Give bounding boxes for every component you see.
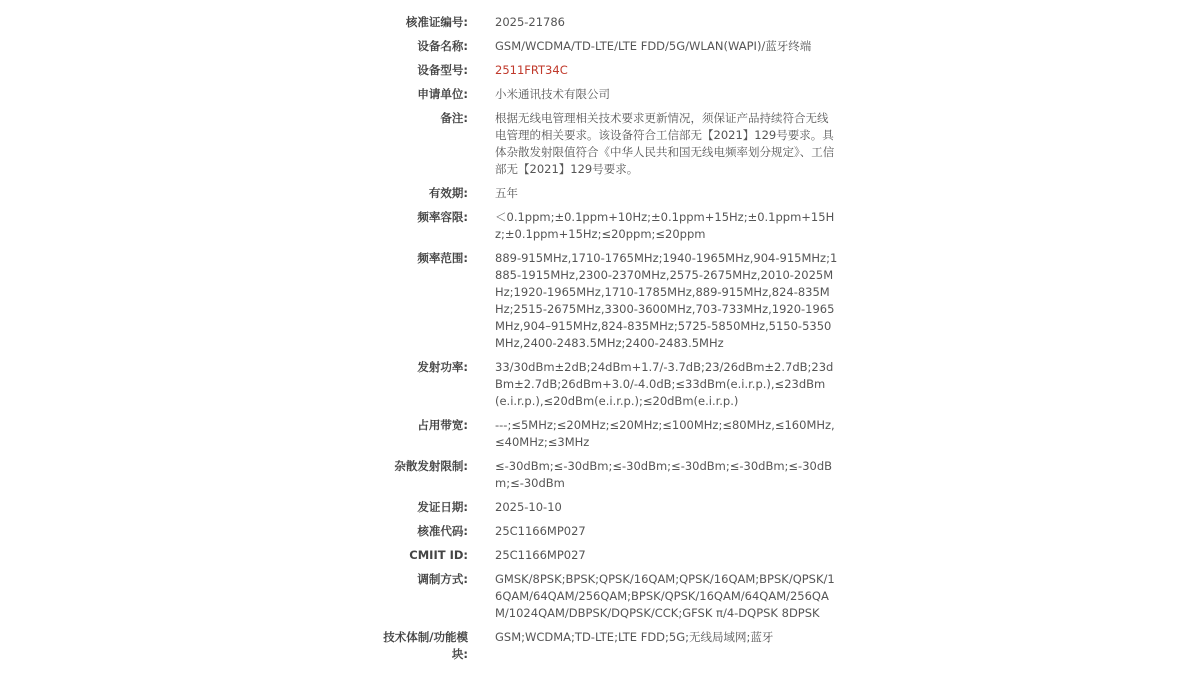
modulation-label: 调制方式: — [380, 571, 468, 588]
freq-range-value: 889-915MHz,1710-1765MHz;1940-1965MHz,904… — [495, 250, 838, 352]
row-spurious: 杂散发射限制: ≤-30dBm;≤-30dBm;≤-30dBm;≤-30dBm;… — [380, 458, 840, 492]
device-model-label: 设备型号: — [380, 62, 468, 79]
device-name-label: 设备名称: — [380, 38, 468, 55]
freq-range-label: 频率范围: — [380, 250, 468, 267]
tx-power-label: 发射功率: — [380, 359, 468, 376]
row-tx-power: 发射功率: 33/30dBm±2dB;24dBm+1.7/-3.7dB;23/2… — [380, 359, 840, 410]
row-device-model: 设备型号: 2511FRT34C — [380, 62, 840, 79]
applicant-value: 小米通讯技术有限公司 — [495, 86, 838, 103]
row-modulation: 调制方式: GMSK/8PSK;BPSK;QPSK/16QAM;QPSK/16Q… — [380, 571, 840, 622]
row-cmiit-id: CMIIT ID: 25C1166MP027 — [380, 547, 840, 564]
issue-date-value: 2025-10-10 — [495, 499, 838, 516]
approval-code-value: 25C1166MP027 — [495, 523, 838, 540]
device-model-value: 2511FRT34C — [495, 62, 838, 79]
validity-value: 五年 — [495, 185, 838, 202]
freq-tolerance-value: ＜0.1ppm;±0.1ppm+10Hz;±0.1ppm+15Hz;±0.1pp… — [495, 209, 838, 243]
cmiit-id-label: CMIIT ID: — [380, 547, 468, 564]
tx-power-value: 33/30dBm±2dB;24dBm+1.7/-3.7dB;23/26dBm±2… — [495, 359, 838, 410]
row-remarks: 备注: 根据无线电管理相关技术要求更新情况，须保证产品持续符合无线电管理的相关要… — [380, 110, 840, 178]
bandwidth-value: ---;≤5MHz;≤20MHz;≤20MHz;≤100MHz;≤80MHz,≤… — [495, 417, 838, 451]
bandwidth-label: 占用带宽: — [380, 417, 468, 434]
row-freq-range: 频率范围: 889-915MHz,1710-1765MHz;1940-1965M… — [380, 250, 840, 352]
row-device-name: 设备名称: GSM/WCDMA/TD-LTE/LTE FDD/5G/WLAN(W… — [380, 38, 840, 55]
approval-no-value: 2025-21786 — [495, 14, 838, 31]
row-freq-tolerance: 频率容限: ＜0.1ppm;±0.1ppm+10Hz;±0.1ppm+15Hz;… — [380, 209, 840, 243]
row-bandwidth: 占用带宽: ---;≤5MHz;≤20MHz;≤20MHz;≤100MHz;≤8… — [380, 417, 840, 451]
cmiit-id-value: 25C1166MP027 — [495, 547, 838, 564]
remarks-value: 根据无线电管理相关技术要求更新情况，须保证产品持续符合无线电管理的相关要求。该设… — [495, 110, 838, 178]
device-name-value: GSM/WCDMA/TD-LTE/LTE FDD/5G/WLAN(WAPI)/蓝… — [495, 38, 838, 55]
freq-tolerance-label: 频率容限: — [380, 209, 468, 226]
validity-label: 有效期: — [380, 185, 468, 202]
row-issue-date: 发证日期: 2025-10-10 — [380, 499, 840, 516]
spurious-label: 杂散发射限制: — [380, 458, 468, 475]
row-validity: 有效期: 五年 — [380, 185, 840, 202]
row-approval-no: 核准证编号: 2025-21786 — [380, 14, 840, 31]
approval-code-label: 核准代码: — [380, 523, 468, 540]
remarks-label: 备注: — [380, 110, 468, 127]
modulation-value: GMSK/8PSK;BPSK;QPSK/16QAM;QPSK/16QAM;BPS… — [495, 571, 838, 622]
row-applicant: 申请单位: 小米通讯技术有限公司 — [380, 86, 840, 103]
row-approval-code: 核准代码: 25C1166MP027 — [380, 523, 840, 540]
applicant-label: 申请单位: — [380, 86, 468, 103]
issue-date-label: 发证日期: — [380, 499, 468, 516]
row-tech-modules: 技术体制/功能模块: GSM;WCDMA;TD-LTE;LTE FDD;5G;无… — [380, 629, 840, 663]
approval-no-label: 核准证编号: — [380, 14, 468, 31]
certificate-record: 核准证编号: 2025-21786 设备名称: GSM/WCDMA/TD-LTE… — [380, 14, 840, 670]
spurious-value: ≤-30dBm;≤-30dBm;≤-30dBm;≤-30dBm;≤-30dBm;… — [495, 458, 838, 492]
tech-modules-label: 技术体制/功能模块: — [380, 629, 468, 663]
tech-modules-value: GSM;WCDMA;TD-LTE;LTE FDD;5G;无线局域网;蓝牙 — [495, 629, 838, 646]
